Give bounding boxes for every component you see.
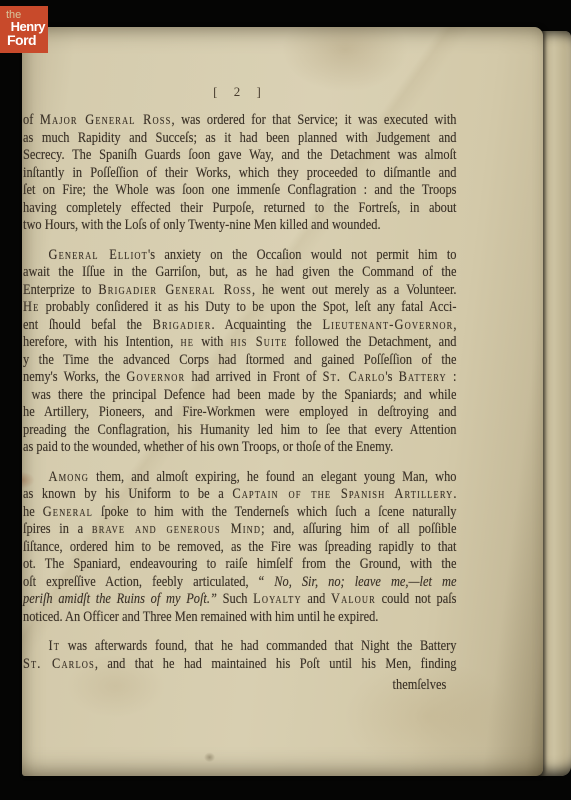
text-line: he General ſpoke to him with the Tendern… (23, 504, 457, 522)
photo-stage: [ 2 ] of Major General Ross, was ordered… (0, 0, 571, 800)
small-caps-text: It (49, 638, 61, 654)
text-line: having completely effected their Purpoſe… (23, 200, 457, 218)
book-page: [ 2 ] of Major General Ross, was ordered… (22, 27, 543, 776)
henry-ford-logo: the Henry Ford (0, 6, 48, 53)
body-text: of (23, 112, 40, 128)
paragraph: of Major General Ross, was ordered for t… (23, 112, 457, 235)
body-text: was there the principal Defence had been… (32, 387, 457, 403)
text-line: y the Time the advanced Corps had ſtorme… (23, 352, 457, 370)
body-text: could not paſs (376, 591, 457, 607)
body-text: preading the Conflagration, his Humanity… (23, 422, 457, 438)
body-text: 's (385, 369, 398, 385)
text-line: herefore, with his Intention, he with hi… (23, 334, 457, 352)
body-text: Secrecy. The Spaniſh Guards ſoon gave Wa… (23, 147, 457, 163)
small-caps-text: Valour (331, 591, 376, 607)
body-text: as much Rapidity and Succeſs; as it had … (23, 130, 457, 146)
body-text: oſt expreſſive Action, feebly articulate… (23, 574, 274, 590)
text-line: inſtantly in Poſſeſſion of their Works, … (23, 165, 457, 183)
body-text: nemy's Works, the (23, 369, 126, 385)
body-text: , (453, 317, 456, 333)
small-caps-text: General (43, 504, 93, 520)
text-line: ot. The Spaniard, endeavouring to raiſe … (23, 556, 457, 574)
body-text: two Hours, with the Loſs of only Twenty-… (23, 217, 381, 233)
small-caps-text: St. Carlos (23, 656, 95, 672)
body-text: having completely effected their Purpoſe… (23, 200, 457, 216)
text-line: two Hours, with the Loſs of only Twenty-… (23, 217, 457, 235)
text-line: as paid to the wounded, whether of his o… (23, 439, 457, 457)
body-text: inſtantly in Poſſeſſion of their Works, … (23, 165, 457, 181)
body-text: as paid to the wounded, whether of his o… (23, 439, 393, 455)
body-text: , was ordered for that Service; it was e… (171, 112, 456, 128)
body-text: had arrived in Front of (185, 369, 322, 385)
text-line: await the Iſſue in the Garriſon, but, as… (23, 264, 457, 282)
page-number: [ 2 ] (176, 84, 300, 100)
body-text: noticed. An Officer and Three Men remain… (23, 609, 378, 625)
text-line: ſpires in a brave and generous Mind; and… (23, 521, 457, 539)
small-caps-text: brave and generous Mind (92, 521, 261, 537)
paragraph: General Elliot's anxiety on the Occaſion… (23, 247, 457, 457)
body-text: as known by his Uniform to be a (23, 486, 232, 502)
text-line: St. Carlos, and that he had maintained h… (23, 656, 457, 674)
body-text: , he went out merely as a Volunteer. (252, 282, 457, 298)
body-text: . Acquainting the (211, 317, 322, 333)
text-line: as much Rapidity and Succeſs; as it had … (23, 130, 457, 148)
body-text: y the Time the advanced Corps had ſtorme… (23, 352, 457, 368)
body-text: ſiſtance, ordered him to be removed, as … (23, 539, 457, 555)
small-caps-text: he (181, 334, 195, 350)
body-text: and (302, 591, 331, 607)
text-line: of Major General Ross, was ordered for t… (23, 112, 457, 130)
logo-word-ford: Ford (7, 32, 36, 48)
body-text: followed the Detachment, and (288, 334, 457, 350)
catchword: themſelves (23, 677, 457, 695)
body-text: Enterprize to (23, 282, 98, 298)
text-line: was there the principal Defence had been… (23, 387, 457, 405)
text-line: as known by his Uniform to be a Captain … (23, 486, 457, 504)
text-line: he Artillery, Pioneers, and Fire-Workmen… (23, 404, 457, 422)
small-caps-text: St. Carlo (323, 369, 386, 385)
text-line: noticed. An Officer and Three Men remain… (23, 609, 457, 627)
text-line: periſh amidſt the Ruins of my Poſt.” Suc… (23, 591, 457, 609)
small-caps-text: He (23, 299, 39, 315)
small-caps-text: his Suite (231, 334, 288, 350)
small-caps-text: Lieutenant-Governor (322, 317, 453, 333)
small-caps-text: Brigadier General Ross (98, 282, 252, 298)
body-text: themſelves (393, 677, 447, 693)
text-line: preading the Conflagration, his Humanity… (23, 422, 457, 440)
body-text: he (23, 504, 43, 520)
text-line: Among them, and almoſt expiring, he foun… (23, 469, 457, 487)
italic-text: No, Sir, no; leave me,—let me (274, 574, 456, 590)
small-caps-text: Captain of the Spanish Artillery (232, 486, 453, 502)
body-text: ; and, aſſuring him of all poſſible (261, 521, 456, 537)
body-text: : (447, 369, 457, 385)
text-line: General Elliot's anxiety on the Occaſion… (23, 247, 457, 265)
paragraph: Among them, and almoſt expiring, he foun… (23, 469, 457, 627)
body-text: ot. The Spaniard, endeavouring to raiſe … (23, 556, 457, 572)
body-text: was afterwards found, that he had comman… (60, 638, 456, 654)
small-caps-text: Among (49, 469, 89, 485)
text-line: ſet on Fire; the Whole was ſoon one imme… (23, 182, 457, 200)
small-caps-text: Major General Ross (40, 112, 172, 128)
text-line: nemy's Works, the Governor had arrived i… (23, 369, 457, 387)
body-text: . (453, 486, 456, 502)
body-text: Such (217, 591, 253, 607)
body-text: them, and almoſt expiring, he found an e… (89, 469, 457, 485)
text-line: It was afterwards found, that he had com… (23, 638, 457, 656)
body-text: ſpires in a (23, 521, 92, 537)
body-text: probably conſidered it as his Duty to be… (39, 299, 456, 315)
small-caps-text: General Elliot (49, 247, 148, 263)
text-line: ent ſhould befal the Brigadier. Acquaint… (23, 317, 457, 335)
small-caps-text: Governor (126, 369, 185, 385)
body-text: ent ſhould befal the (23, 317, 153, 333)
body-text: ſet on Fire; the Whole was ſoon one imme… (23, 182, 457, 198)
page-text: of Major General Ross, was ordered for t… (23, 112, 457, 695)
text-line: ſiſtance, ordered him to be removed, as … (23, 539, 457, 557)
text-line: Secrecy. The Spaniſh Guards ſoon gave Wa… (23, 147, 457, 165)
body-text: , and that he had maintained his Poſt un… (95, 656, 457, 672)
italic-text: periſh amidſt the Ruins of my Poſt.” (23, 591, 217, 607)
small-caps-text: Battery (399, 369, 447, 385)
text-line: oſt expreſſive Action, feebly articulate… (23, 574, 457, 592)
body-text: await the Iſſue in the Garriſon, but, as… (23, 264, 457, 280)
small-caps-text: Loyalty (253, 591, 302, 607)
body-text: herefore, with his Intention, (23, 334, 181, 350)
text-line: He probably conſidered it as his Duty to… (23, 299, 457, 317)
body-text: ſpoke to him with the Tenderneſs which ſ… (93, 504, 457, 520)
text-line: Enterprize to Brigadier General Ross, he… (23, 282, 457, 300)
body-text: with (194, 334, 230, 350)
paragraph: It was afterwards found, that he had com… (23, 638, 457, 695)
body-text: 's anxiety on the Occaſion would not per… (148, 247, 457, 263)
body-text: he Artillery, Pioneers, and Fire-Workmen… (23, 404, 457, 420)
small-caps-text: Brigadier (153, 317, 212, 333)
